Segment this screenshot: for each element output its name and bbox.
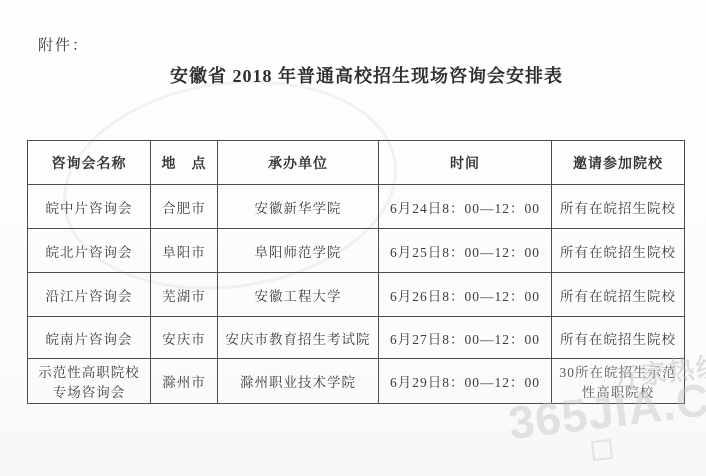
table-cell-time: 6月29日8：00—12：00 bbox=[379, 359, 552, 404]
table-cell-invited: 所有在皖招生院校 bbox=[552, 273, 685, 317]
watermark-logo-box bbox=[591, 439, 613, 461]
table-row: 皖中片咨询会 合肥市 安徽新华学院 6月24日8：00—12：00 所有在皖招生… bbox=[28, 185, 685, 229]
column-header-invited: 邀请参加院校 bbox=[552, 141, 685, 185]
table-cell-location: 阜阳市 bbox=[151, 229, 218, 273]
table-cell-location: 滁州市 bbox=[151, 359, 218, 404]
table-cell-name: 皖南片咨询会 bbox=[28, 317, 151, 359]
table-row: 沿江片咨询会 芜湖市 安徽工程大学 6月26日8：00—12：00 所有在皖招生… bbox=[28, 273, 685, 317]
table-cell-invited: 所有在皖招生院校 bbox=[552, 317, 685, 359]
table-row: 皖南片咨询会 安庆市 安庆市教育招生考试院 6月27日8：00—12：00 所有… bbox=[28, 317, 685, 359]
column-header-name: 咨询会名称 bbox=[28, 141, 151, 185]
table-cell-invited: 所有在皖招生院校 bbox=[552, 185, 685, 229]
table-cell-name: 示范性高职院校专场咨询会 bbox=[28, 359, 151, 404]
table-cell-organizer: 阜阳师范学院 bbox=[218, 229, 379, 273]
table-row: 皖北片咨询会 阜阳市 阜阳师范学院 6月25日8：00—12：00 所有在皖招生… bbox=[28, 229, 685, 273]
table-row: 示范性高职院校专场咨询会 滁州市 滁州职业技术学院 6月29日8：00—12：0… bbox=[28, 359, 685, 404]
table-cell-location: 芜湖市 bbox=[151, 273, 218, 317]
column-header-time: 时间 bbox=[379, 141, 552, 185]
table-cell-organizer: 滁州职业技术学院 bbox=[218, 359, 379, 404]
table-cell-time: 6月24日8：00—12：00 bbox=[379, 185, 552, 229]
table-header-row: 咨询会名称 地 点 承办单位 时间 邀请参加院校 bbox=[28, 141, 685, 185]
table-cell-organizer: 安徽新华学院 bbox=[218, 185, 379, 229]
table-cell-time: 6月26日8：00—12：00 bbox=[379, 273, 552, 317]
table-cell-invited: 30所在皖招生示范性高职院校 bbox=[552, 359, 685, 404]
table-cell-time: 6月27日8：00—12：00 bbox=[379, 317, 552, 359]
table-cell-location: 安庆市 bbox=[151, 317, 218, 359]
table-cell-organizer: 安庆市教育招生考试院 bbox=[218, 317, 379, 359]
table-cell-name: 皖中片咨询会 bbox=[28, 185, 151, 229]
table-cell-name: 皖北片咨询会 bbox=[28, 229, 151, 273]
scanned-document-page: 附件： 安徽省 2018 年普通高校招生现场咨询会安排表 咨询会名称 地 点 承… bbox=[0, 0, 706, 476]
table-cell-time: 6月25日8：00—12：00 bbox=[379, 229, 552, 273]
table-cell-invited: 所有在皖招生院校 bbox=[552, 229, 685, 273]
column-header-location: 地 点 bbox=[151, 141, 218, 185]
column-header-organizer: 承办单位 bbox=[218, 141, 379, 185]
table-cell-location: 合肥市 bbox=[151, 185, 218, 229]
consultation-schedule-table: 咨询会名称 地 点 承办单位 时间 邀请参加院校 皖中片咨询会 合肥市 安徽新华… bbox=[27, 140, 685, 404]
page-title: 安徽省 2018 年普通高校招生现场咨询会安排表 bbox=[27, 62, 706, 88]
table-cell-organizer: 安徽工程大学 bbox=[218, 273, 379, 317]
attachment-label: 附件： bbox=[38, 34, 89, 55]
table-cell-name: 沿江片咨询会 bbox=[28, 273, 151, 317]
